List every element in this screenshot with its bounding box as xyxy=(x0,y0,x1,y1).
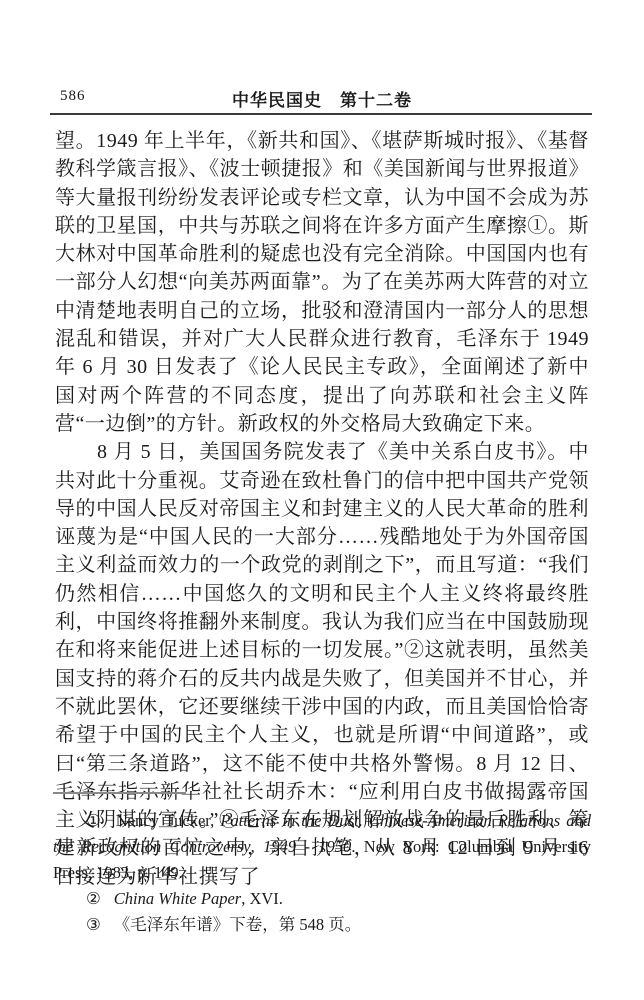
footnote: ②China White Paper, XVI. xyxy=(53,886,591,912)
running-header: 586 中华民国史 第十二卷 xyxy=(55,86,589,108)
footnote-marker: ② xyxy=(86,889,101,908)
footnote-text-italic: 1949 - 1950 xyxy=(263,837,351,856)
book-page: 586 中华民国史 第十二卷 望。1949 年上半年，《新共和国》、《堪萨斯城时… xyxy=(0,0,644,1000)
footnote-text: Nancy Tucker, xyxy=(116,811,221,830)
footnote-marker: ③ xyxy=(86,915,101,934)
running-title: 中华民国史 第十二卷 xyxy=(55,86,589,111)
footnote-marker: ① xyxy=(86,811,103,830)
body-paragraph: 望。1949 年上半年，《新共和国》、《堪萨斯城时报》、《基督教科学箴言报》、《… xyxy=(55,127,589,438)
footnotes: ①Nancy Tucker, Patterns in the Dust. Chi… xyxy=(53,808,591,938)
footnote-text: , xyxy=(251,837,264,856)
body-text: 望。1949 年上半年，《新共和国》、《堪萨斯城时报》、《基督教科学箴言报》、《… xyxy=(55,127,589,891)
footnote-separator xyxy=(53,792,186,794)
footnote: ①Nancy Tucker, Patterns in the Dust. Chi… xyxy=(53,808,591,886)
footnote-text: , XVI. xyxy=(241,889,283,908)
footnote-text: 《毛泽东年谱》下卷，第 548 页。 xyxy=(114,915,362,934)
footnote-text-italic: China White Paper xyxy=(114,889,241,908)
header-rule xyxy=(50,113,592,115)
footnote: ③《毛泽东年谱》下卷，第 548 页。 xyxy=(53,912,591,938)
